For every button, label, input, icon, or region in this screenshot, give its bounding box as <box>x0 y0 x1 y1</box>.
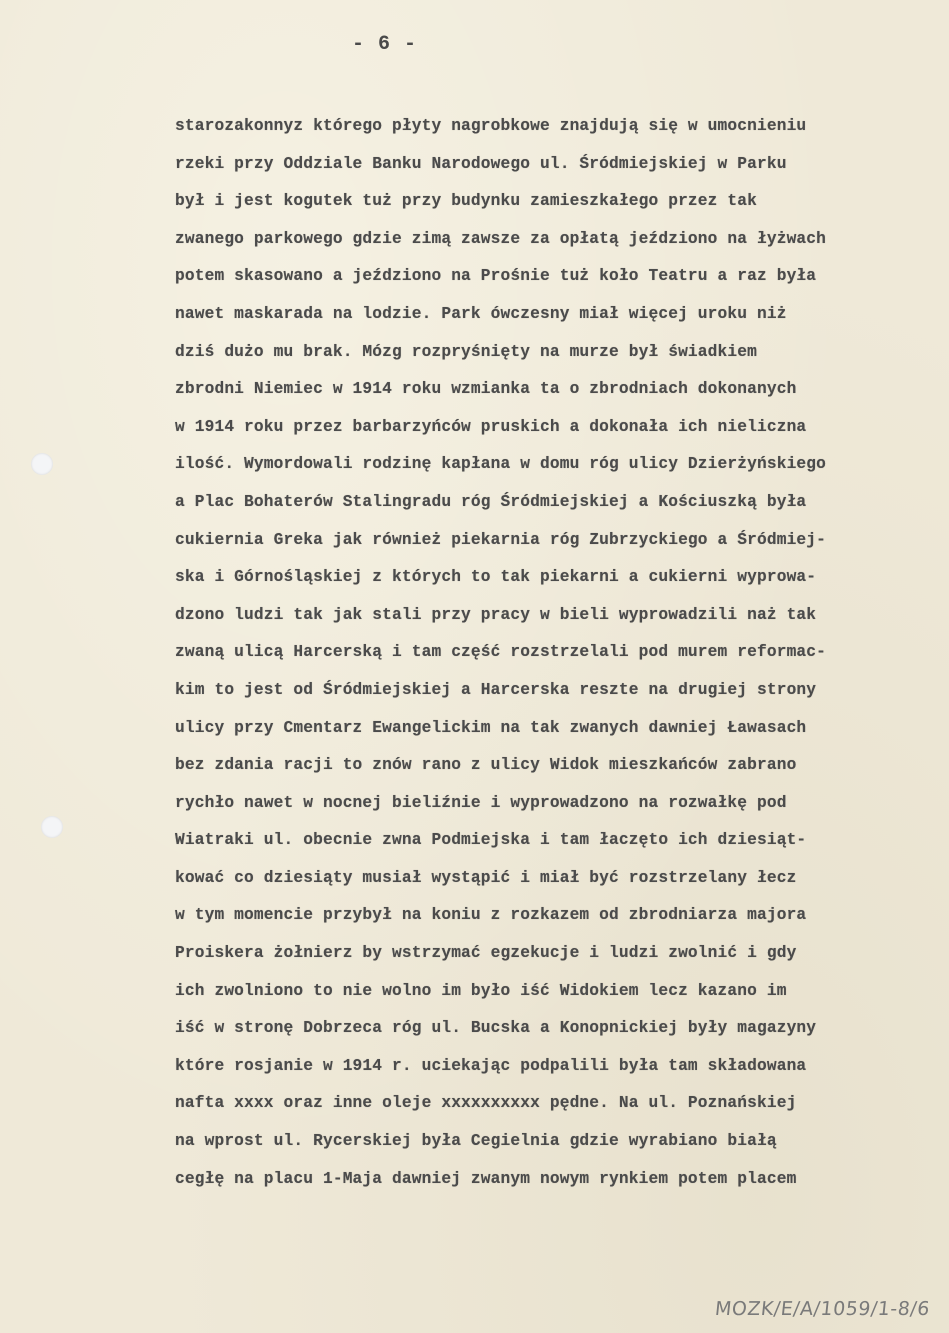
text-line: potem skasowano a jeździono na Prośnie t… <box>175 258 945 296</box>
text-line: był i jest kogutek tuż przy budynku zami… <box>175 183 945 221</box>
text-line: kim to jest od Śródmiejskiej a Harcerska… <box>175 672 945 710</box>
text-line: starozakonnyz którego płyty nagrobkowe z… <box>175 108 945 146</box>
text-line: zwaną ulicą Harcerską i tam część rozstr… <box>175 634 945 672</box>
text-line: dzono ludzi tak jak stali przy pracy w b… <box>175 597 945 635</box>
text-line: ich zwolniono to nie wolno im było iść W… <box>175 973 945 1011</box>
text-line: które rosjanie w 1914 r. uciekając podpa… <box>175 1048 945 1086</box>
text-line: rzeki przy Oddziale Banku Narodowego ul.… <box>175 146 945 184</box>
text-line: w tym momencie przybył na koniu z rozkaz… <box>175 897 945 935</box>
text-line: Wiatraki ul. obecnie zwna Podmiejska i t… <box>175 822 945 860</box>
text-line: bez zdania racji to znów rano z ulicy Wi… <box>175 747 945 785</box>
text-line: rychło nawet w nocnej bieliźnie i wyprow… <box>175 785 945 823</box>
text-line: nafta xxxx oraz inne oleje xxxxxxxxxx pę… <box>175 1085 945 1123</box>
punch-hole-top <box>31 453 53 475</box>
text-line: ulicy przy Cmentarz Ewangelickim na tak … <box>175 710 945 748</box>
text-line: nawet maskarada na lodzie. Park ówczesny… <box>175 296 945 334</box>
text-line: ska i Górnośląskiej z których to tak pie… <box>175 559 945 597</box>
typewritten-body: starozakonnyz którego płyty nagrobkowe z… <box>175 108 945 1198</box>
text-line: ilość. Wymordowali rodzinę kapłana w dom… <box>175 446 945 484</box>
text-line: zbrodni Niemiec w 1914 roku wzmianka ta … <box>175 371 945 409</box>
page-number: - 6 - <box>352 33 417 56</box>
text-line: cukiernia Greka jak również piekarnia ró… <box>175 522 945 560</box>
text-line: a Plac Bohaterów Stalingradu róg Śródmie… <box>175 484 945 522</box>
text-line: kować co dziesiąty musiał wystąpić i mia… <box>175 860 945 898</box>
text-line: w 1914 roku przez barbarzyńców pruskich … <box>175 409 945 447</box>
document-page: - 6 - starozakonnyz którego płyty nagrob… <box>0 0 949 1333</box>
text-line: iść w stronę Dobrzeca róg ul. Bucska a K… <box>175 1010 945 1048</box>
text-line: na wprost ul. Rycerskiej była Cegielnia … <box>175 1123 945 1161</box>
text-line: Proiskera żołnierz by wstrzymać egzekucj… <box>175 935 945 973</box>
text-line: dziś dużo mu brak. Mózg rozpryśnięty na … <box>175 334 945 372</box>
punch-hole-bottom <box>41 816 63 838</box>
text-line: cegłę na placu 1-Maja dawniej zwanym now… <box>175 1161 945 1199</box>
archive-signature: MOZK/E/A/1059/1-8/6 <box>714 1298 931 1320</box>
text-line: zwanego parkowego gdzie zimą zawsze za o… <box>175 221 945 259</box>
